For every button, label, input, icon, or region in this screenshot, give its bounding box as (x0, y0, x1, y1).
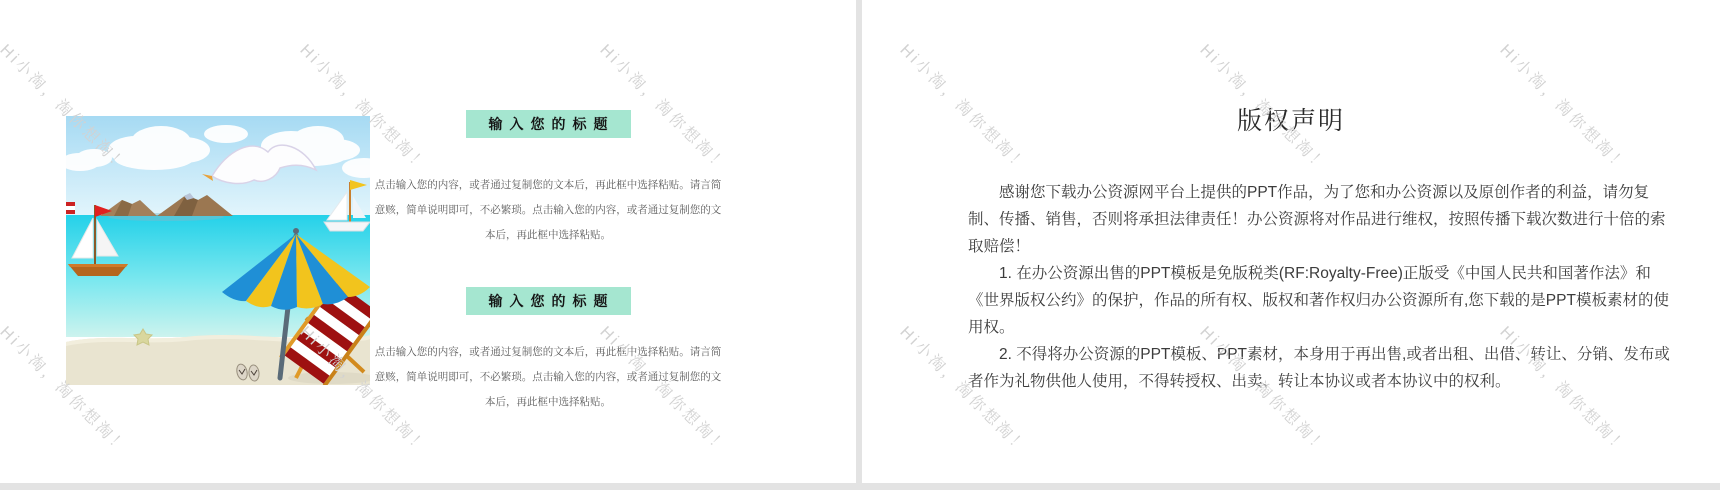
section-body: 点击输入您的内容，或者通过复制您的文本后，再此框中选择粘贴。请言简意赅，简单说明… (374, 340, 722, 415)
slide-left[interactable]: 输入您的标题 点击输入您的内容，或者通过复制您的文本后，再此框中选择粘贴。请言简… (0, 0, 856, 483)
copyright-paragraph: 2. 不得将办公资源的PPT模板、PPT素材，本身用于再出售,或者出租、出借、转… (968, 341, 1674, 395)
section-title: 输入您的标题 (466, 110, 631, 138)
copyright-paragraph: 1. 在办公资源出售的PPT模板是免版税类(RF:Royalty-Free)正版… (968, 260, 1674, 341)
slide-right[interactable]: 版权声明 感谢您下载办公资源网平台上提供的PPT作品，为了您和办公资源以及原创作… (862, 0, 1720, 483)
copyright-paragraph: 感谢您下载办公资源网平台上提供的PPT作品，为了您和办公资源以及原创作者的利益，… (968, 179, 1674, 260)
page-title: 版权声明 (862, 101, 1720, 137)
section-body: 点击输入您的内容，或者通过复制您的文本后，再此框中选择粘贴。请言简意赅，简单说明… (374, 173, 722, 248)
beach-illustration (66, 116, 370, 385)
section-title: 输入您的标题 (466, 287, 631, 315)
copyright-body: 感谢您下载办公资源网平台上提供的PPT作品，为了您和办公资源以及原创作者的利益，… (968, 179, 1674, 395)
